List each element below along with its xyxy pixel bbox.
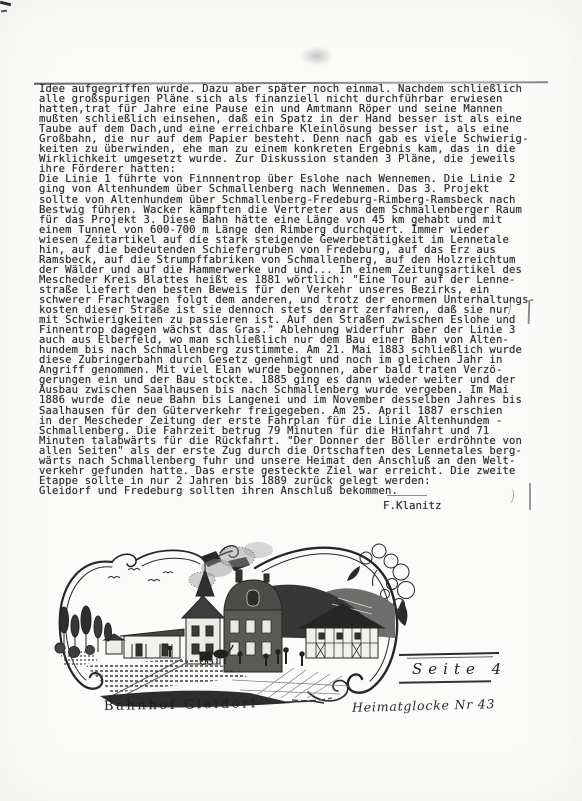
badge-rule-bottom [399, 680, 491, 683]
bahnhof-gleidorf-illustration: Bahnhof Gleidorf [50, 540, 435, 718]
signature-underline [387, 495, 427, 496]
scan-artifact-corner [1, 10, 7, 13]
scanned-document-page: Idee aufgegriffen wurde. Dazu aber späte… [0, 0, 582, 801]
margin-pen-mark [504, 487, 515, 504]
page-number-label: Seite 4 [399, 658, 499, 679]
birds [108, 569, 173, 582]
page-number-badge: Seite 4 [399, 653, 499, 683]
platform-buildings [104, 629, 184, 658]
issue-note: Heimatglocke Nr 43 [352, 696, 496, 715]
scan-artifact-corner [0, 1, 11, 7]
margin-pen-mark [529, 483, 531, 510]
scan-smudge [300, 46, 334, 66]
illustration-caption: Bahnhof Gleidorf [104, 696, 259, 714]
author-signature: F.Klanitz [383, 499, 442, 512]
trees [55, 606, 112, 658]
document-body-text: Idee aufgegriffen wurde. Dazu aber späte… [39, 84, 535, 496]
